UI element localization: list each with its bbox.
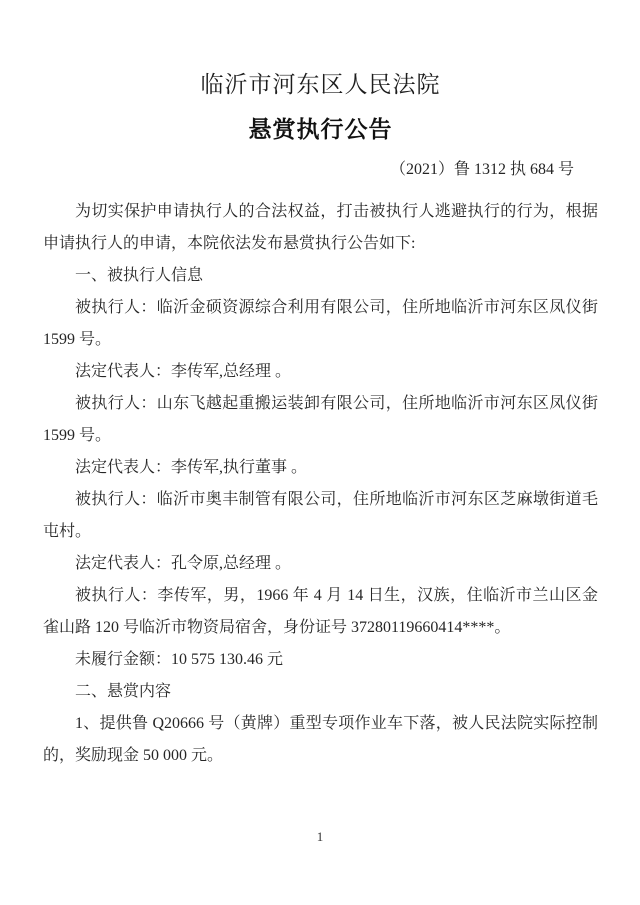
- court-name-heading: 临沂市河东区人民法院: [43, 70, 598, 100]
- paragraph-executee-4: 被执行人：李传军，男，1966 年 4 月 14 日生，汉族，住临沂市兰山区金雀…: [43, 580, 598, 644]
- paragraph-executee-1: 被执行人：临沂金硕资源综合利用有限公司，住所地临沂市河东区凤仪街 1599 号。: [43, 292, 598, 356]
- section-heading-2: 二、悬赏内容: [43, 676, 598, 708]
- section-heading-1: 一、被执行人信息: [43, 260, 598, 292]
- document-content: 临沂市河东区人民法院 悬赏执行公告 （2021）鲁 1312 执 684 号 为…: [43, 0, 598, 772]
- document-title: 悬赏执行公告: [43, 114, 598, 146]
- paragraph-reward-item-1: 1、提供鲁 Q20666 号（黄牌）重型专项作业车下落，被人民法院实际控制的，奖…: [43, 708, 598, 772]
- paragraph-unpaid-amount: 未履行金额：10 575 130.46 元: [43, 644, 598, 676]
- case-number: （2021）鲁 1312 执 684 号: [43, 159, 574, 181]
- paragraph-executee-2: 被执行人：山东飞越起重搬运装卸有限公司，住所地临沂市河东区凤仪街 1599 号。: [43, 388, 598, 452]
- paragraph-executee-3: 被执行人：临沂市奥丰制管有限公司，住所地临沂市河东区芝麻墩街道毛屯村。: [43, 484, 598, 548]
- document-body: 为切实保护申请执行人的合法权益，打击被执行人逃避执行的行为，根据申请执行人的申请…: [43, 196, 598, 772]
- paragraph-legal-rep-1: 法定代表人：李传军,总经理 。: [43, 356, 598, 388]
- paragraph-intro: 为切实保护申请执行人的合法权益，打击被执行人逃避执行的行为，根据申请执行人的申请…: [43, 196, 598, 260]
- page-number: 1: [0, 830, 640, 844]
- paragraph-legal-rep-2: 法定代表人：李传军,执行董事 。: [43, 452, 598, 484]
- document-page: 临沂市河东区人民法院 悬赏执行公告 （2021）鲁 1312 执 684 号 为…: [0, 0, 640, 905]
- paragraph-legal-rep-3: 法定代表人：孔令原,总经理 。: [43, 548, 598, 580]
